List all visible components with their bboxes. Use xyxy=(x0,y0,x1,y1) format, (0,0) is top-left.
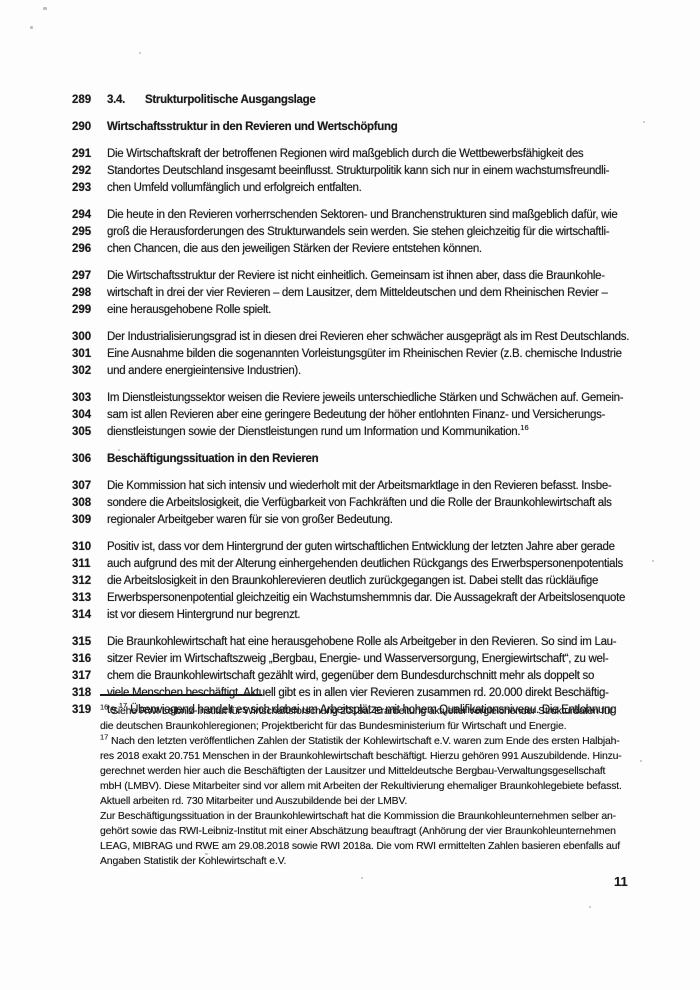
text-line: 304sam ist allen Revieren aber eine geri… xyxy=(72,407,640,424)
line-text: Eine Ausnahme bilden die sogenannten Vor… xyxy=(107,346,640,363)
text-run: Zur Beschäftigungssituation in der Braun… xyxy=(100,810,616,822)
heading-paragraph: 306Beschäftigungssituation in den Revier… xyxy=(72,451,640,468)
scan-speck xyxy=(118,449,120,451)
document-body: 2893.4.Strukturpolitische Ausgangslage29… xyxy=(72,92,640,729)
scan-speck xyxy=(589,906,591,908)
text-line: 2893.4.Strukturpolitische Ausgangslage xyxy=(72,92,640,109)
text-line: 290Wirtschaftsstruktur in den Revieren u… xyxy=(72,119,640,136)
text-run: gerechnet werden hier auch die Beschäfti… xyxy=(100,765,605,777)
page-number: 11 xyxy=(614,874,628,889)
line-number: 302 xyxy=(72,363,107,380)
line-text: Positiv ist, dass vor dem Hintergrund de… xyxy=(107,539,640,556)
text-line: 307Die Kommission hat sich intensiv und … xyxy=(72,478,640,495)
footnote-line: Aktuell arbeiten rd. 730 Mitarbeiter und… xyxy=(100,794,652,809)
text-run: Angaben Statistik der Kohlewirtschaft e.… xyxy=(100,855,286,867)
paragraph: 310Positiv ist, dass vor dem Hintergrund… xyxy=(72,539,640,624)
text-run: chen Chancen, die aus den jeweiligen Stä… xyxy=(107,243,482,255)
scanned-document-page: 2893.4.Strukturpolitische Ausgangslage29… xyxy=(0,0,700,990)
line-number: 311 xyxy=(72,556,107,573)
paragraph: 300Der Industrialisierungsgrad ist in di… xyxy=(72,329,640,380)
line-number: 289 xyxy=(72,92,107,109)
line-text: Der Industrialisierungsgrad ist in diese… xyxy=(107,329,640,346)
text-run: und andere energieintensive Industrien). xyxy=(107,365,301,377)
paragraph: 297Die Wirtschaftsstruktur der Reviere i… xyxy=(72,268,640,319)
line-number: 295 xyxy=(72,224,107,241)
text-line: 293chen Umfeld vollumfänglich und erfolg… xyxy=(72,180,640,197)
line-number: 317 xyxy=(72,668,107,685)
scan-speck xyxy=(361,877,363,879)
scan-speck xyxy=(30,26,33,29)
paragraph: 294Die heute in den Revieren vorherrsche… xyxy=(72,207,640,258)
line-number: 293 xyxy=(72,180,107,197)
text-line: 303Im Dienstleistungssektor weisen die R… xyxy=(72,390,640,407)
text-run: Die Braunkohlewirtschaft hat eine heraus… xyxy=(107,636,616,648)
line-text: ist vor diesem Hintergrund nur begrenzt. xyxy=(107,607,640,624)
line-text: Standortes Deutschland insgesamt beeinfl… xyxy=(107,163,640,180)
line-text: Die Wirtschaftskraft der betroffenen Reg… xyxy=(107,146,640,163)
line-number: 300 xyxy=(72,329,107,346)
text-line: 316sitzer Revier im Wirtschaftszweig „Be… xyxy=(72,651,640,668)
text-run: Im Dienstleistungssektor weisen die Revi… xyxy=(107,392,623,404)
text-line: 291Die Wirtschaftskraft der betroffenen … xyxy=(72,146,640,163)
footnotes-section: 16 Siehe RWI Leibniz-Institut für Wirtsc… xyxy=(100,694,652,869)
text-line: 292Standortes Deutschland insgesamt beei… xyxy=(72,163,640,180)
paragraph: 291Die Wirtschaftskraft der betroffenen … xyxy=(72,146,640,197)
line-number: 297 xyxy=(72,268,107,285)
line-number: 304 xyxy=(72,407,107,424)
footnote-lines: 16 Siehe RWI Leibniz-Institut für Wirtsc… xyxy=(100,704,652,869)
text-line: 315Die Braunkohlewirtschaft hat eine her… xyxy=(72,634,640,651)
text-run: die deutschen Braunkohleregionen; Projek… xyxy=(100,720,566,732)
line-text: sitzer Revier im Wirtschaftszweig „Bergb… xyxy=(107,651,640,668)
text-line: 302und andere energieintensive Industrie… xyxy=(72,363,640,380)
line-number: 316 xyxy=(72,651,107,668)
footnote-line: 17 Nach den letzten veröffentlichen Zahl… xyxy=(100,734,652,749)
footnote-separator-rule xyxy=(100,694,262,696)
line-number: 312 xyxy=(72,573,107,590)
line-text: wirtschaft in drei der vier Revieren – d… xyxy=(107,285,640,302)
scan-speck xyxy=(43,7,47,10)
text-line: 314ist vor diesem Hintergrund nur begren… xyxy=(72,607,640,624)
text-run: Die Kommission hat sich intensiv und wie… xyxy=(107,480,611,492)
text-line: 311auch aufgrund des mit der Alterung ei… xyxy=(72,556,640,573)
text-run: Standortes Deutschland insgesamt beeinfl… xyxy=(107,165,609,177)
line-text: auch aufgrund des mit der Alterung einhe… xyxy=(107,556,640,573)
text-run: gehört sowie das RWI-Leibniz-Institut mi… xyxy=(100,825,616,837)
text-run: sitzer Revier im Wirtschaftszweig „Bergb… xyxy=(107,653,608,665)
text-run: Nach den letzten veröffentlichen Zahlen … xyxy=(108,735,619,747)
line-number: 309 xyxy=(72,512,107,529)
text-line: 309regionaler Arbeitgeber waren für sie … xyxy=(72,512,640,529)
line-text: 3.4.Strukturpolitische Ausgangslage xyxy=(107,92,640,109)
text-run: Strukturpolitische Ausgangslage xyxy=(145,94,315,106)
paragraph: 307Die Kommission hat sich intensiv und … xyxy=(72,478,640,529)
line-number: 307 xyxy=(72,478,107,495)
text-run: dienstleistungen sowie der Dienstleistun… xyxy=(107,426,520,438)
heading-paragraph: 290Wirtschaftsstruktur in den Revieren u… xyxy=(72,119,640,136)
text-line: 308sondere die Arbeitslosigkeit, die Ver… xyxy=(72,495,640,512)
line-number: 314 xyxy=(72,607,107,624)
text-line: 299eine herausgehobene Rolle spielt. xyxy=(72,302,640,319)
text-line: 305dienstleistungen sowie der Dienstleis… xyxy=(72,424,640,441)
line-text: regionaler Arbeitgeber waren für sie von… xyxy=(107,512,640,529)
text-run: res 2018 exakt 20.751 Menschen in der Br… xyxy=(100,750,622,762)
line-text: sondere die Arbeitslosigkeit, die Verfüg… xyxy=(107,495,640,512)
footnote-line: res 2018 exakt 20.751 Menschen in der Br… xyxy=(100,749,652,764)
text-run: LEAG, MIBRAG und RWE am 29.08.2018 sowie… xyxy=(100,840,620,852)
text-line: 296chen Chancen, die aus den jeweiligen … xyxy=(72,241,640,258)
text-run: Beschäftigungssituation in den Revieren xyxy=(107,453,318,465)
text-run: groß die Herausforderungen des Strukturw… xyxy=(107,226,609,238)
text-run: wirtschaft in drei der vier Revieren – d… xyxy=(107,287,608,299)
line-text: sam ist allen Revieren aber eine geringe… xyxy=(107,407,640,424)
line-text: die Arbeitslosigkeit in den Braunkohlere… xyxy=(107,573,640,590)
line-text: Erwerbspersonenpotential gleichzeitig ei… xyxy=(107,590,640,607)
text-run: Erwerbspersonenpotential gleichzeitig ei… xyxy=(107,592,625,604)
scan-speck xyxy=(205,853,208,855)
text-run: die Arbeitslosigkeit in den Braunkohlere… xyxy=(107,575,598,587)
footnote-line: die deutschen Braunkohleregionen; Projek… xyxy=(100,719,652,734)
scan-speck xyxy=(139,52,141,54)
line-text: Beschäftigungssituation in den Revieren xyxy=(107,451,640,468)
line-number: 310 xyxy=(72,539,107,556)
text-run: Der Industrialisierungsgrad ist in diese… xyxy=(107,331,629,343)
footnote-reference: 16 xyxy=(520,423,528,432)
line-number: 303 xyxy=(72,390,107,407)
line-number: 292 xyxy=(72,163,107,180)
text-line: 294Die heute in den Revieren vorherrsche… xyxy=(72,207,640,224)
text-run: regionaler Arbeitgeber waren für sie von… xyxy=(107,514,393,526)
text-run: Positiv ist, dass vor dem Hintergrund de… xyxy=(107,541,615,553)
scan-speck xyxy=(640,760,642,762)
paragraph: 303Im Dienstleistungssektor weisen die R… xyxy=(72,390,640,441)
text-run: mbH (LMBV). Diese Mitarbeiter sind vor a… xyxy=(100,780,622,792)
line-text: eine herausgehobene Rolle spielt. xyxy=(107,302,640,319)
footnote-line: gerechnet werden hier auch die Beschäfti… xyxy=(100,764,652,779)
footnote-line: gehört sowie das RWI-Leibniz-Institut mi… xyxy=(100,824,652,839)
text-run: Siehe RWI Leibniz-Institut für Wirtschaf… xyxy=(108,705,613,717)
text-run: Aktuell arbeiten rd. 730 Mitarbeiter und… xyxy=(100,795,407,807)
line-text: und andere energieintensive Industrien). xyxy=(107,363,640,380)
text-line: 297Die Wirtschaftsstruktur der Reviere i… xyxy=(72,268,640,285)
footnote-line: LEAG, MIBRAG und RWE am 29.08.2018 sowie… xyxy=(100,839,652,854)
line-text: Die Wirtschaftsstruktur der Reviere ist … xyxy=(107,268,640,285)
line-number: 296 xyxy=(72,241,107,258)
line-text: Wirtschaftsstruktur in den Revieren und … xyxy=(107,119,640,136)
footnote-line: Zur Beschäftigungssituation in der Braun… xyxy=(100,809,652,824)
text-run: 3.4. xyxy=(107,92,145,109)
text-line: 317chem die Braunkohlewirtschaft gezählt… xyxy=(72,668,640,685)
footnote-line: mbH (LMBV). Diese Mitarbeiter sind vor a… xyxy=(100,779,652,794)
text-run: Die Wirtschaftskraft der betroffenen Reg… xyxy=(107,148,583,160)
text-line: 298wirtschaft in drei der vier Revieren … xyxy=(72,285,640,302)
line-number: 291 xyxy=(72,146,107,163)
text-run: Eine Ausnahme bilden die sogenannten Vor… xyxy=(107,348,622,360)
text-run: ist vor diesem Hintergrund nur begrenzt. xyxy=(107,609,300,621)
line-number: 315 xyxy=(72,634,107,651)
scan-speck xyxy=(652,560,654,562)
text-line: 300Der Industrialisierungsgrad ist in di… xyxy=(72,329,640,346)
text-line: 312die Arbeitslosigkeit in den Braunkohl… xyxy=(72,573,640,590)
line-number: 306 xyxy=(72,451,107,468)
text-line: 301Eine Ausnahme bilden die sogenannten … xyxy=(72,346,640,363)
line-number: 305 xyxy=(72,424,107,441)
text-line: 313Erwerbspersonenpotential gleichzeitig… xyxy=(72,590,640,607)
line-text: chem die Braunkohlewirtschaft gezählt wi… xyxy=(107,668,640,685)
line-text: Die heute in den Revieren vorherrschende… xyxy=(107,207,640,224)
line-text: chen Chancen, die aus den jeweiligen Stä… xyxy=(107,241,640,258)
text-run: Die Wirtschaftsstruktur der Reviere ist … xyxy=(107,270,605,282)
text-run: eine herausgehobene Rolle spielt. xyxy=(107,304,271,316)
scan-speck xyxy=(643,121,645,123)
text-line: 295groß die Herausforderungen des Strukt… xyxy=(72,224,640,241)
footnote-line: 16 Siehe RWI Leibniz-Institut für Wirtsc… xyxy=(100,704,652,719)
text-line: 306Beschäftigungssituation in den Revier… xyxy=(72,451,640,468)
line-text: groß die Herausforderungen des Strukturw… xyxy=(107,224,640,241)
line-text: Die Kommission hat sich intensiv und wie… xyxy=(107,478,640,495)
line-text: chen Umfeld vollumfänglich und erfolgrei… xyxy=(107,180,640,197)
line-number: 301 xyxy=(72,346,107,363)
text-run: Wirtschaftsstruktur in den Revieren und … xyxy=(107,121,398,133)
line-text: Die Braunkohlewirtschaft hat eine heraus… xyxy=(107,634,640,651)
text-run: auch aufgrund des mit der Alterung einhe… xyxy=(107,558,623,570)
line-number: 313 xyxy=(72,590,107,607)
text-run: Die heute in den Revieren vorherrschende… xyxy=(107,209,618,221)
text-line: 310Positiv ist, dass vor dem Hintergrund… xyxy=(72,539,640,556)
line-number: 290 xyxy=(72,119,107,136)
text-run: sondere die Arbeitslosigkeit, die Verfüg… xyxy=(107,497,612,509)
line-number: 308 xyxy=(72,495,107,512)
footnote-line: Angaben Statistik der Kohlewirtschaft e.… xyxy=(100,854,652,869)
text-run: chem die Braunkohlewirtschaft gezählt wi… xyxy=(107,670,594,682)
line-number: 298 xyxy=(72,285,107,302)
line-text: Im Dienstleistungssektor weisen die Revi… xyxy=(107,390,640,407)
text-run: chen Umfeld vollumfänglich und erfolgrei… xyxy=(107,182,362,194)
text-run: sam ist allen Revieren aber eine geringe… xyxy=(107,409,605,421)
heading-paragraph: 2893.4.Strukturpolitische Ausgangslage xyxy=(72,92,640,109)
line-text: dienstleistungen sowie der Dienstleistun… xyxy=(107,424,640,441)
line-number: 294 xyxy=(72,207,107,224)
line-number: 299 xyxy=(72,302,107,319)
